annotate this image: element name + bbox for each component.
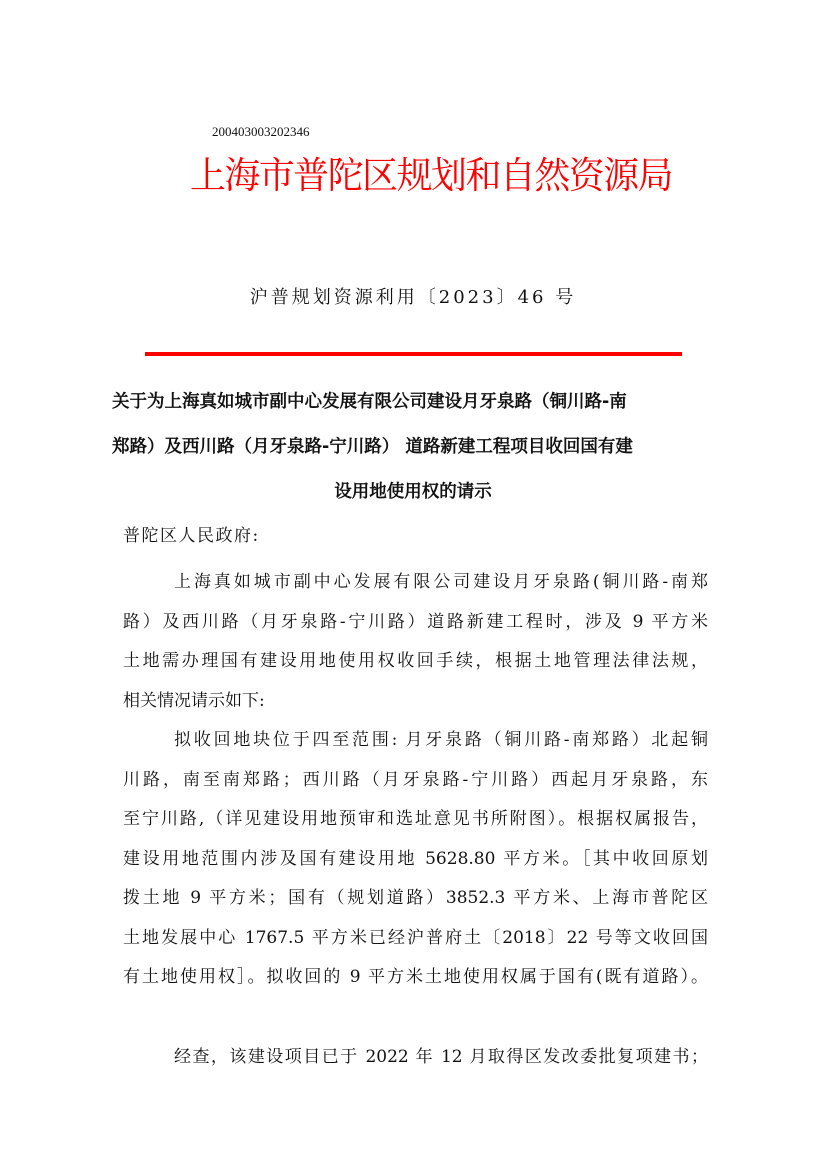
paragraph-line: 土地发展中心 1767.5 平方米已经沪普府土〔2018〕22 号等文收回国	[123, 919, 708, 959]
subject-line: 设用地使用权的请示	[112, 470, 714, 515]
subject-heading: 关于为上海真如城市副中心发展有限公司建设月牙泉路（铜川路-南 郑路）及西川路（月…	[112, 380, 714, 515]
document-serial-number: 200403003202346	[212, 124, 310, 140]
paragraph-line: 建设用地范围内涉及国有建设用地 5628.80 平方米。［其中收回原划	[123, 840, 708, 880]
paragraph-line: 相关情况请示如下:	[123, 682, 708, 722]
paragraph-line: 路）及西川路（月牙泉路-宁川路）道路新建工程时，涉及 9 平方米	[123, 603, 708, 643]
paragraph-line: 经查，该建设项目已于 2022 年 12 月取得区发改委批复项建书；	[123, 1038, 708, 1078]
issuer-title: 上海市普陀区规划和自然资源局	[190, 150, 627, 202]
salutation: 普陀区人民政府:	[123, 518, 260, 554]
subject-line: 郑路）及西川路（月牙泉路-宁川路） 道路新建工程项目收回国有建	[112, 425, 714, 470]
paragraph-line: 上海真如城市副中心发展有限公司建设月牙泉路(铜川路-南郑	[123, 563, 708, 603]
body-paragraph: 拟收回地块位于四至范围: 月牙泉路（铜川路-南郑路）北起铜 川路，南至南郑路；西…	[123, 721, 708, 998]
paragraph-line: 有土地使用权］。拟收回的 9 平方米土地使用权属于国有(既有道路）。	[123, 958, 708, 998]
paragraph-line: 拟收回地块位于四至范围: 月牙泉路（铜川路-南郑路）北起铜	[123, 721, 708, 761]
body-paragraph: 上海真如城市副中心发展有限公司建设月牙泉路(铜川路-南郑 路）及西川路（月牙泉路…	[123, 563, 708, 721]
document-number: 沪普规划资源利用〔2023〕46 号	[0, 283, 826, 309]
paragraph-line: 川路，南至南郑路；西川路（月牙泉路-宁川路）西起月牙泉路，东	[123, 761, 708, 801]
subject-line: 关于为上海真如城市副中心发展有限公司建设月牙泉路（铜川路-南	[112, 380, 714, 425]
document-page: 200403003202346 上海市普陀区规划和自然资源局 沪普规划资源利用〔…	[0, 0, 826, 1169]
paragraph-line: 至宁川路,（详见建设用地预审和选址意见书所附图）。根据权属报告，	[123, 800, 708, 840]
red-separator-rule	[145, 352, 682, 356]
paragraph-line: 土地需办理国有建设用地使用权收回手续，根据土地管理法律法规，	[123, 642, 708, 682]
body-paragraph: 经查，该建设项目已于 2022 年 12 月取得区发改委批复项建书；	[123, 1038, 708, 1078]
paragraph-line: 拨土地 9 平方米；国有（规划道路）3852.3 平方米、上海市普陀区	[123, 879, 708, 919]
